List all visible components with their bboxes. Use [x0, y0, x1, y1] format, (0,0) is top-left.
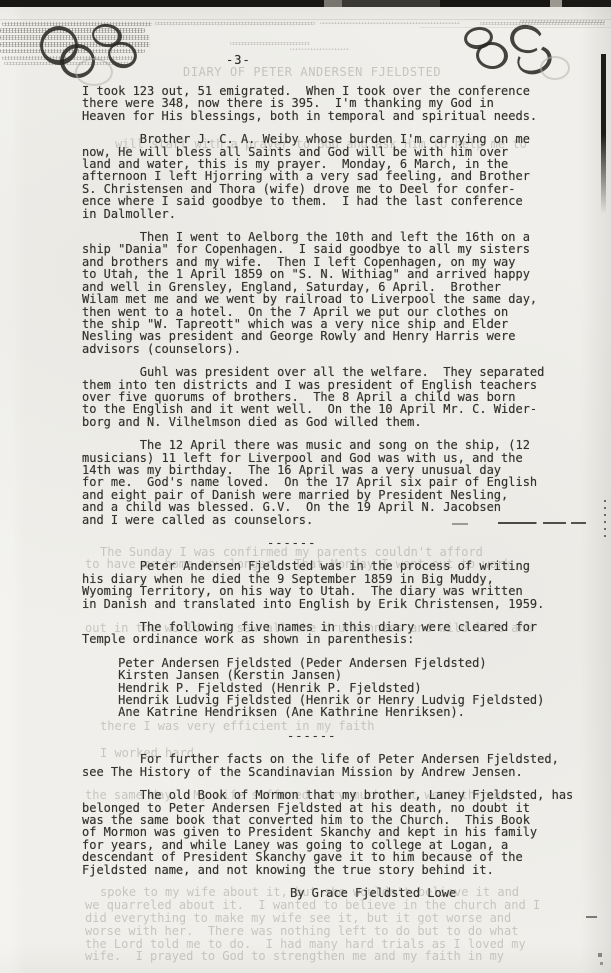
paper-noise-band	[320, 22, 460, 24]
pencil-mark	[586, 916, 597, 918]
paper-noise-band	[0, 49, 145, 53]
paragraph: The following five names in this diary w…	[82, 621, 594, 646]
pencil-mark	[598, 953, 602, 957]
section-divider: ------	[287, 730, 594, 742]
paper-crease-line	[0, 19, 611, 20]
byline: By Grace Fjeldsted Lowe	[290, 887, 594, 899]
document-text: I took 123 out, 51 emigrated. When I too…	[82, 85, 594, 899]
scan-top-edge-bar	[0, 0, 611, 7]
paragraph: The 12 April there was music and song on…	[82, 439, 594, 526]
paragraph: Peter Andersen Fjeldsted was in the proc…	[82, 560, 594, 610]
paragraph: Brother J. C. A. Weiby whose burden I'm …	[82, 133, 594, 220]
paragraph: Then I went to Aelborg the 10th and left…	[82, 231, 594, 355]
scan-right-edge-line	[601, 54, 606, 214]
ink-stain-ring	[475, 41, 509, 71]
paper-noise-band	[2, 22, 152, 26]
section-divider: ------	[267, 537, 594, 549]
paper-crease-line	[420, 27, 610, 28]
ink-stain-ring	[540, 56, 570, 80]
paper-noise-band	[520, 20, 605, 23]
paper-noise-band	[0, 35, 150, 40]
ghost-text-line: we quarreled about it. I wanted to belie…	[85, 899, 540, 911]
paragraph: For further facts on the life of Peter A…	[82, 753, 594, 778]
paper-noise-band	[4, 62, 129, 65]
paragraph: Guhl was president over all the welfare.…	[82, 366, 594, 428]
pencil-mark	[600, 962, 603, 965]
ghost-text-line: wife. I prayed to God to strengthen me a…	[85, 950, 504, 962]
ghost-text-line: did everything to make my wife see it, b…	[85, 912, 511, 924]
paragraph: The old Book of Mormon that my brother, …	[82, 789, 594, 876]
ghost-title: DIARY OF PETER ANDERSEN FJELDSTED	[183, 66, 441, 78]
paper-noise-band	[230, 42, 310, 45]
paragraph: I took 123 out, 51 emigrated. When I too…	[82, 85, 594, 122]
paper-noise-band	[2, 56, 137, 60]
paper-noise-band	[0, 42, 150, 47]
paper-noise-band	[155, 22, 315, 25]
paper-noise-band	[290, 48, 350, 50]
cleared-names-list: Peter Andersen Fjeldsted (Peder Andersen…	[82, 657, 594, 719]
scanned-document-page: { "document": { "page_number": "-3-", "b…	[0, 0, 611, 973]
pencil-mark	[604, 497, 606, 537]
paper-noise-band	[0, 28, 145, 33]
ghost-text-line: worse with her. There was nothing left t…	[85, 925, 518, 937]
